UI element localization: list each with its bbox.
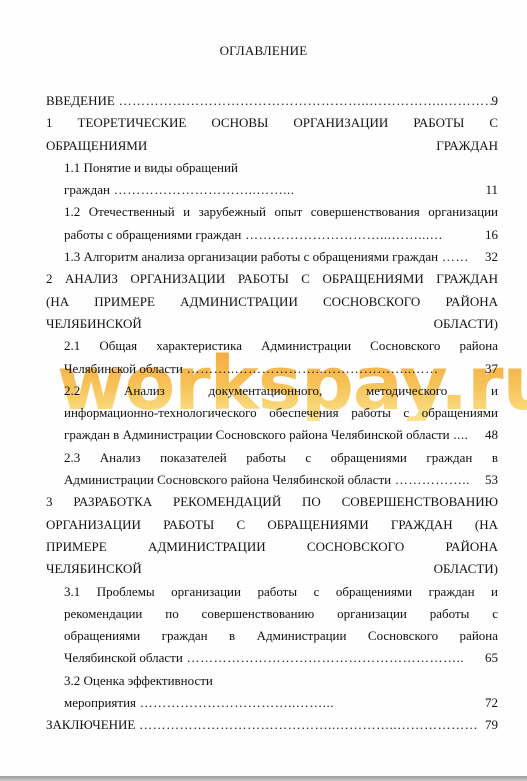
toc-entry-text: ВВЕДЕНИЕ ………………………………………………..……………..…………: [46, 90, 498, 112]
toc-entry-text: 2 АНАЛИЗ ОРГАНИЗАЦИИ РАБОТЫ С ОБРАЩЕНИЯМ…: [46, 268, 498, 290]
toc-entry-text: 1 ТЕОРЕТИЧЕСКИЕ ОСНОВЫ ОРГАНИЗАЦИИ РАБОТ…: [46, 112, 498, 134]
toc-entry-text: ЧЕЛЯБИНСКОЙ ОБЛАСТИ): [46, 558, 498, 580]
toc-entry-text: работы с обращениями граждан ………………………….…: [64, 224, 498, 246]
toc-entry[interactable]: 2 АНАЛИЗ ОРГАНИЗАЦИИ РАБОТЫ С ОБРАЩЕНИЯМ…: [46, 268, 498, 335]
dot-leader: …………………………...……...…: [241, 227, 443, 242]
toc-entry[interactable]: 2.3 Анализ показателей работы с обращени…: [46, 447, 498, 492]
toc-page-number: 72: [485, 692, 498, 714]
page-bottom-edge: [0, 776, 527, 781]
toc-entry-text: ПРИМЕРЕ АДМИНИСТРАЦИИ СОСНОВСКОГО РАЙОНА: [46, 536, 498, 558]
toc-page-number: 53: [485, 469, 498, 491]
toc-entry-text: 1.3 Алгоритм анализа организации работы …: [64, 246, 498, 268]
toc-entry-text: 3.2 Оценка эффективности мероприятия …………: [64, 670, 498, 715]
toc-page-number: 79: [485, 714, 498, 736]
toc-page-number: 32: [485, 246, 498, 268]
toc-entry-text: 2.3 Анализ показателей работы с обращени…: [64, 447, 498, 469]
toc-entry[interactable]: 1 ТЕОРЕТИЧЕСКИЕ ОСНОВЫ ОРГАНИЗАЦИИ РАБОТ…: [46, 112, 498, 157]
toc-entry[interactable]: 1.2 Отечественный и зарубежный опыт сове…: [46, 201, 498, 246]
dot-leader: ………………………………………………..……………..…………: [115, 93, 498, 108]
toc-entry-text: 2.1 Общая характеристика Администрации С…: [64, 335, 498, 357]
toc-page-number: 11: [485, 179, 498, 201]
toc-page-number: 48: [485, 424, 498, 446]
toc-entry-text: 1.2 Отечественный и зарубежный опыт сове…: [64, 201, 498, 223]
toc-entry[interactable]: 1.1 Понятие и виды обращений граждан …………: [46, 157, 498, 202]
toc-entry-text: обращениями граждан в Администрации Сосн…: [64, 625, 498, 647]
toc-entry-text: Челябинской области ………………………………………………………: [64, 647, 498, 669]
toc-entry[interactable]: 2.2 Анализ документационного, методическ…: [46, 380, 498, 447]
toc-page-number: 9: [492, 90, 499, 112]
toc-entry[interactable]: 3 РАЗРАБОТКА РЕКОМЕНДАЦИЙ ПО СОВЕРШЕНСТВ…: [46, 491, 498, 580]
toc-entry-text: информационно-технологического обеспечен…: [64, 402, 498, 424]
toc-entry[interactable]: 2.1 Общая характеристика Администрации С…: [46, 335, 498, 380]
dot-leader: …………………………..……...: [110, 182, 295, 197]
toc-entry-text: граждан в Администрации Сосновского райо…: [64, 424, 498, 446]
toc-page-number: 65: [485, 647, 498, 669]
toc-entry[interactable]: 3.2 Оценка эффективности мероприятия …………: [46, 670, 498, 715]
dot-leader: ……………………………………..…………..………………: [135, 717, 478, 732]
toc-entry-text: ЗАКЛЮЧЕНИЕ ……………………………………..…………..………………: [46, 714, 498, 736]
page-title: ОГЛАВЛЕНИЕ: [0, 43, 527, 59]
dot-leader: ....: [450, 427, 469, 442]
toc-page-number: 16: [485, 224, 498, 246]
toc-entry-text: ОРГАНИЗАЦИИ РАБОТЫ С ОБРАЩЕНИЯМИ ГРАЖДАН…: [46, 514, 498, 536]
toc-page-number: 37: [485, 358, 498, 380]
toc-entry-text: 3.1 Проблемы организации работы с обраще…: [64, 581, 498, 603]
dot-leader: ……: [438, 249, 469, 264]
document-page: workspay.ru ОГЛАВЛЕНИЕ ВВЕДЕНИЕ ………………………: [0, 0, 527, 776]
toc-entry[interactable]: ВВЕДЕНИЕ ………………………………………………..……………..……………: [46, 90, 498, 112]
toc-entry[interactable]: 3.1 Проблемы организации работы с обраще…: [46, 581, 498, 670]
dot-leader: ………..………………..………………..……: [183, 361, 439, 376]
toc-entry-text: ЧЕЛЯБИНСКОЙ ОБЛАСТИ): [46, 313, 498, 335]
dot-leader: ……………..: [391, 472, 470, 487]
toc-entry-text: Челябинской области ………..………………..……………….…: [64, 358, 498, 380]
toc-entry-text: 2.2 Анализ документационного, методическ…: [64, 380, 498, 402]
toc-entry-text: 3 РАЗРАБОТКА РЕКОМЕНДАЦИЙ ПО СОВЕРШЕНСТВ…: [46, 491, 498, 513]
toc-entry[interactable]: ЗАКЛЮЧЕНИЕ ……………………………………..…………..………………7…: [46, 714, 498, 736]
toc-entry-text: (НА ПРИМЕРЕ АДМИНИСТРАЦИИ СОСНОВСКОГО РА…: [46, 291, 498, 313]
toc-entry-text: 1.1 Понятие и виды обращений граждан …………: [64, 157, 498, 202]
dot-leader: ……………………………..……...: [136, 695, 334, 710]
toc-entry-text: Администрации Сосновского района Челябин…: [64, 469, 498, 491]
dot-leader: ……………………………………………………..: [183, 650, 464, 665]
toc-entry[interactable]: 1.3 Алгоритм анализа организации работы …: [46, 246, 498, 268]
toc-entry-text: рекомендации по совершенствованию органи…: [64, 603, 498, 625]
toc-entry-text: ОБРАЩЕНИЯМИ ГРАЖДАН: [46, 135, 498, 157]
table-of-contents: ВВЕДЕНИЕ ………………………………………………..……………..……………: [46, 90, 498, 737]
